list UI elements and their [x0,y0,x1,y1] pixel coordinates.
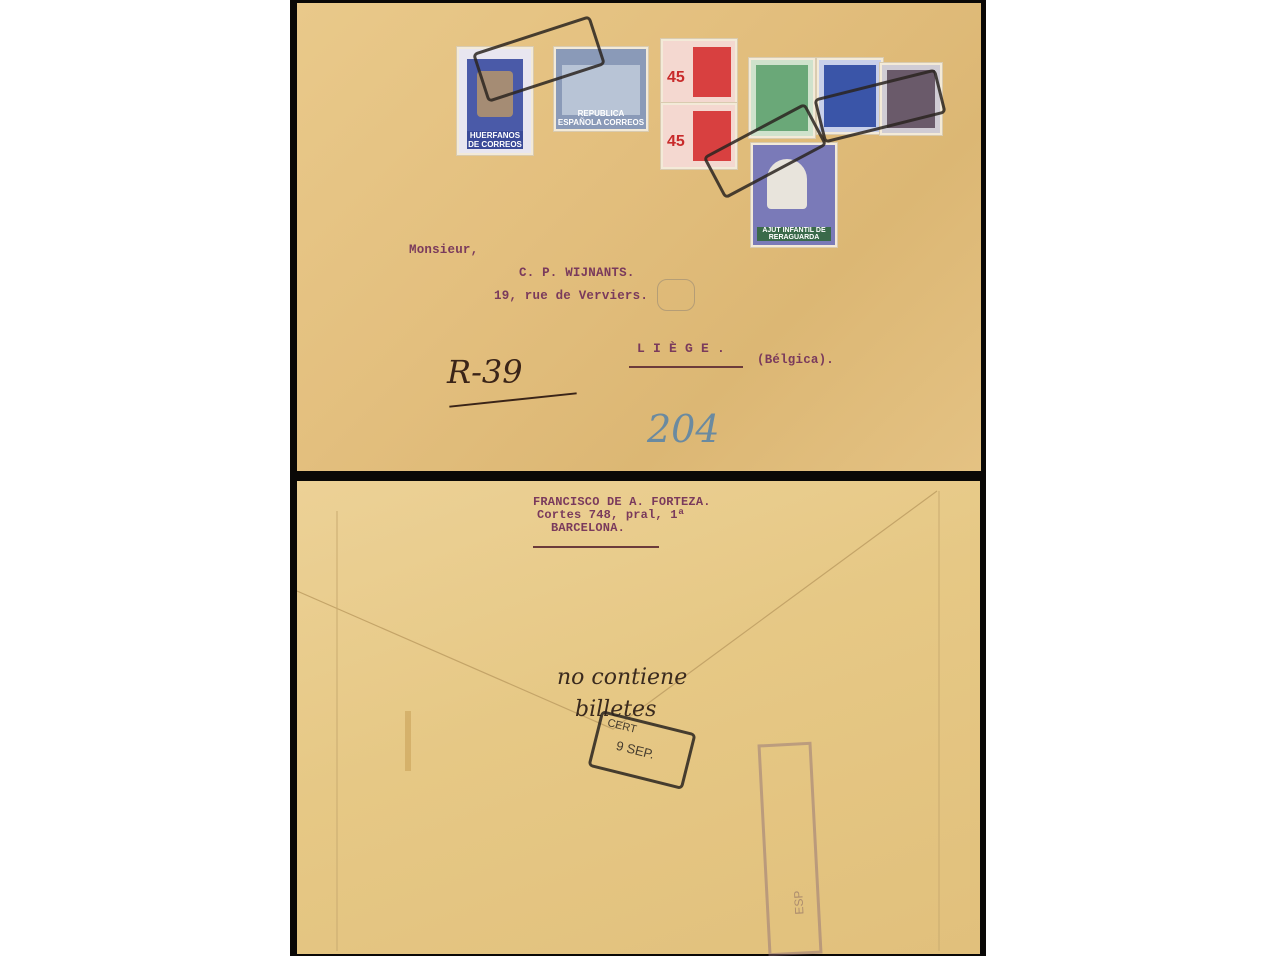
registration-note: R-39 [447,353,523,391]
envelope-front: HUERFANOS DE CORREOS REPUBLICA ESPAÑOLA … [297,3,981,471]
addressee-name: C. P. WIJNANTS. [519,266,635,280]
stain-marks [405,711,411,771]
stamp-45-upper: 45 [661,39,737,105]
salutation: Monsieur, [409,243,478,257]
pencil-note: 204 [647,407,720,451]
back-postmark-date: 9 SEP. [615,738,656,762]
handwritten-line1: no contiene [557,665,687,690]
addressee-country: (Bélgica). [757,353,834,367]
registration-underline [449,392,577,407]
addressee-city: L I È G E . [637,341,725,356]
hexagon-mark [657,279,695,311]
sender-street: Cortes 748, pral, 1ª [537,508,685,522]
city-underline [629,366,743,368]
censor-mark: ESP [757,742,822,956]
sender-underline [533,546,659,548]
envelope-back: FRANCISCO DE A. FORTEZA. Cortes 748, pra… [297,481,980,954]
back-postmark-text: CERT [606,717,638,736]
addressee-street: 19, rue de Verviers. [494,289,648,303]
censor-text: ESP [791,890,806,915]
sender-name: FRANCISCO DE A. FORTEZA. [533,495,711,509]
sender-city: BARCELONA. [551,521,625,535]
